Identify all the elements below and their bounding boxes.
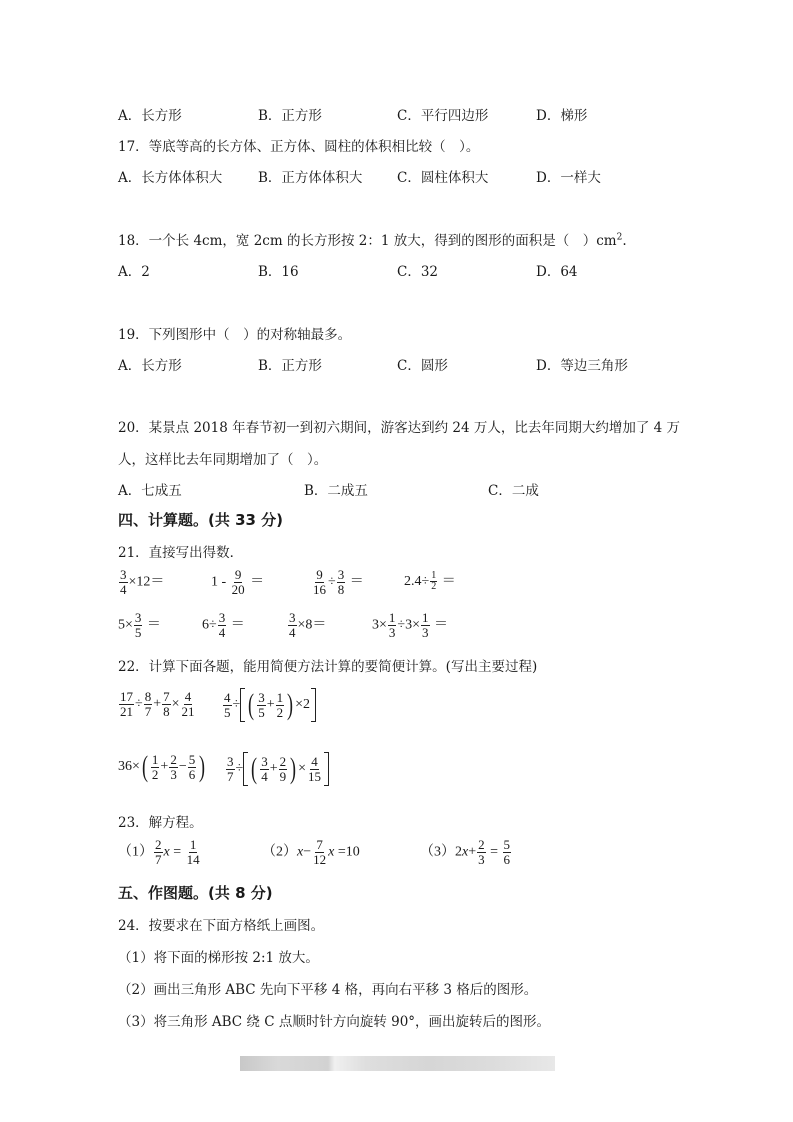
math-token: ×: [298, 761, 306, 776]
math-token: （1）: [118, 845, 153, 860]
math-token: ＝: [227, 618, 245, 633]
denominator: 3: [169, 768, 178, 782]
q17-option-a: A．长方体体积大: [118, 166, 222, 186]
numerator: 1: [189, 838, 198, 853]
math-token: ×2: [295, 697, 310, 712]
q19-stem: 19．下列图形中（ ）的对称轴最多。: [118, 323, 351, 343]
numerator: 3: [260, 755, 269, 770]
fraction: 35: [134, 611, 143, 640]
denominator: 15: [307, 770, 322, 784]
denominator: 2: [151, 768, 160, 782]
q16-option-a: A．长方形: [118, 104, 182, 124]
fraction: 35: [257, 691, 266, 720]
math-token: +: [160, 759, 168, 774]
denominator: 4: [218, 626, 227, 640]
denominator: 21: [181, 705, 196, 719]
q23-stem: 23．解方程。: [118, 811, 203, 831]
q18-option-c: C．32: [397, 260, 438, 280]
q21-item-8: 3×13÷3×13 ＝: [372, 611, 448, 640]
math-token: ＝: [346, 575, 364, 590]
q22-expression-4: 37÷(34+29)×415: [225, 752, 329, 786]
fraction: 421: [181, 690, 196, 719]
q19-option-c: C．圆形: [397, 354, 448, 374]
numerator: 2: [154, 838, 163, 853]
math-token: ÷3×: [397, 618, 420, 633]
q21-item-5: 5×35 ＝: [118, 611, 161, 640]
denominator: 3: [388, 626, 397, 640]
fraction: 87: [144, 690, 153, 719]
fraction: 45: [223, 691, 232, 720]
numerator: 8: [144, 690, 153, 705]
q17-option-d: D．一样大: [536, 166, 601, 186]
q21-item-6: 6÷34 ＝: [202, 611, 245, 640]
numerator: 3: [134, 611, 143, 626]
fraction: 23: [477, 838, 486, 867]
math-token: +: [153, 697, 161, 712]
fraction: 12: [151, 753, 160, 782]
numerator: 2: [169, 753, 178, 768]
q21-item-2: 1 - 920 ＝: [211, 568, 264, 597]
math-token: −: [179, 759, 187, 774]
right-paren: ): [287, 690, 293, 720]
numerator: 9: [234, 568, 243, 583]
math-token: ÷: [233, 697, 241, 712]
math-token: ×8＝: [298, 618, 327, 633]
denominator: 6: [188, 768, 197, 782]
q19-option-b: B．正方形: [258, 354, 322, 374]
denominator: 8: [162, 705, 171, 719]
fraction: 34: [119, 568, 128, 597]
math-token: （2）: [262, 845, 297, 860]
q16-option-c: C．平行四边形: [397, 104, 488, 124]
fraction: 78: [162, 690, 171, 719]
denominator: 7: [144, 705, 153, 719]
fraction: 415: [307, 755, 322, 784]
q19-option-a: A．长方形: [118, 354, 182, 374]
q18-option-a: A．2: [118, 260, 150, 280]
left-square-bracket: [240, 688, 245, 722]
footer-watermark: [240, 1056, 555, 1071]
right-paren: ): [290, 754, 296, 784]
numerator: 2: [279, 755, 288, 770]
denominator: 21: [119, 705, 134, 719]
q18-option-d: D．64: [536, 260, 578, 280]
section-4-title: 四、计算题。(共 33 分): [118, 509, 283, 530]
numerator: 4: [184, 690, 193, 705]
fraction: 920: [231, 568, 246, 597]
denominator: 20: [231, 583, 246, 597]
numerator: 3: [337, 568, 346, 583]
q17-stem: 17．等底等高的长方体、正方体、圆柱的体积相比较（ ）。: [118, 135, 479, 155]
math-token: +: [468, 845, 476, 860]
math-token: 2: [455, 845, 462, 860]
q21-item-4: 2.4÷12 ＝: [404, 570, 456, 592]
fraction: 12: [276, 691, 285, 720]
fraction: 29: [279, 755, 288, 784]
q19-option-d: D．等边三角形: [536, 354, 628, 374]
right-paren: ): [199, 752, 205, 782]
fraction: 34: [288, 611, 297, 640]
q21-item-1: 34×12＝: [118, 568, 164, 597]
fraction: 56: [188, 753, 197, 782]
numerator: 9: [315, 568, 324, 583]
q20-option-c: C．二成: [488, 479, 539, 499]
denominator: 14: [186, 853, 201, 867]
math-token: −: [303, 845, 311, 860]
math-token: ÷: [236, 761, 244, 776]
math-token: 3×: [372, 618, 387, 633]
denominator: 9: [279, 770, 288, 784]
right-square-bracket: [324, 752, 329, 786]
fraction: 12: [430, 571, 437, 592]
q22-stem: 22．计算下面各题，能用简便方法计算的要简便计算。(写出主要过程): [118, 655, 537, 675]
q22-expression-1: 1721÷87+78×421: [118, 690, 197, 719]
math-token: 36×: [118, 759, 140, 774]
numerator: 1: [276, 691, 285, 706]
q22-expression-2: 45÷(35+12)×2: [222, 688, 316, 722]
q18-stem-text: 18．一个长 4cm，宽 2cm 的长方形按 2：1 放大，得到的图形的面积是（…: [118, 233, 617, 249]
math-token: ＝: [247, 575, 265, 590]
math-token: （3）: [420, 845, 455, 860]
q21-item-3: 916÷38 ＝: [311, 568, 364, 597]
q16-option-d: D．梯形: [536, 104, 587, 124]
q17-option-b: B．正方体体积大: [258, 166, 362, 186]
math-token: ×12＝: [129, 575, 165, 590]
denominator: 4: [288, 626, 297, 640]
q18-stem-end: .: [622, 233, 626, 249]
q20-option-b: B．二成五: [304, 479, 368, 499]
numerator: 7: [315, 838, 324, 853]
denominator: 16: [312, 583, 327, 597]
left-paren: (: [251, 754, 257, 784]
fraction: 13: [388, 611, 397, 640]
math-token: ÷: [135, 697, 143, 712]
fraction: 34: [218, 611, 227, 640]
fraction: 38: [337, 568, 346, 597]
q24-sub-1: （1）将下面的梯形按 2:1 放大。: [118, 946, 319, 966]
q20-option-a: A．七成五: [118, 479, 182, 499]
denominator: 4: [119, 583, 128, 597]
fraction: 23: [169, 753, 178, 782]
math-token: =: [170, 845, 185, 860]
math-token: ＝: [438, 574, 456, 589]
math-token: =: [487, 845, 502, 860]
q16-option-b: B．正方形: [258, 104, 322, 124]
denominator: 8: [337, 583, 346, 597]
q18-stem: 18．一个长 4cm，宽 2cm 的长方形按 2：1 放大，得到的图形的面积是（…: [118, 229, 627, 249]
q24-sub-2: （2）画出三角形 ABC 先向下平移 4 格，再向右平移 3 格后的图形。: [118, 978, 537, 998]
denominator: 12: [312, 853, 327, 867]
numerator: 1: [388, 611, 397, 626]
math-token: 6÷: [202, 618, 217, 633]
numerator: 1: [151, 753, 160, 768]
fraction: 37: [226, 755, 235, 784]
denominator: 5: [223, 706, 232, 720]
denominator: 3: [477, 853, 486, 867]
math-token: ×: [172, 697, 180, 712]
q23-equation-3: （3）2x+23 = 56: [420, 838, 512, 867]
numerator: 3: [119, 568, 128, 583]
denominator: 7: [226, 770, 235, 784]
math-token: ÷: [328, 575, 336, 590]
q23-equation-1: （1）27x = 114: [118, 838, 202, 867]
numerator: 3: [218, 611, 227, 626]
q21-stem: 21．直接写出得数．: [118, 541, 243, 561]
q20-stem-line1: 20．某景点 2018 年春节初一到初六期间，游客达到约 24 万人，比去年同期…: [118, 416, 680, 436]
numerator: 2: [477, 838, 486, 853]
math-token: 5×: [118, 618, 133, 633]
q20-stem-line2: 人，这样比去年同期增加了（ ）。: [118, 448, 327, 468]
fraction: 1721: [119, 690, 134, 719]
q22-expression-3: 36×(12+23−56): [118, 752, 207, 782]
denominator: 5: [134, 626, 143, 640]
numerator: 3: [257, 691, 266, 706]
fraction: 114: [186, 838, 201, 867]
numerator: 7: [162, 690, 171, 705]
numerator: 5: [503, 838, 512, 853]
math-token: ＝: [431, 618, 449, 633]
numerator: 3: [288, 611, 297, 626]
numerator: 4: [310, 755, 319, 770]
math-token: 1 -: [211, 575, 230, 590]
denominator: 2: [430, 582, 437, 592]
denominator: 4: [260, 770, 269, 784]
math-token: 2.4÷: [404, 574, 429, 589]
q18-option-b: B．16: [258, 260, 299, 280]
fraction: 56: [503, 838, 512, 867]
numerator: 17: [119, 690, 134, 705]
section-5-title: 五、作图题。(共 8 分): [118, 882, 273, 903]
fraction: 916: [312, 568, 327, 597]
denominator: 5: [257, 706, 266, 720]
left-paren: (: [248, 690, 254, 720]
math-token: +: [267, 697, 275, 712]
denominator: 6: [503, 853, 512, 867]
denominator: 7: [154, 853, 163, 867]
fraction: 34: [260, 755, 269, 784]
q24-stem: 24．按要求在下面方格纸上画图。: [118, 914, 324, 934]
q17-option-c: C．圆柱体积大: [397, 166, 488, 186]
left-paren: (: [142, 752, 148, 782]
numerator: 5: [188, 753, 197, 768]
fraction: 27: [154, 838, 163, 867]
q24-sub-3: （3）将三角形 ABC 绕 C 点顺时针方向旋转 90°，画出旋转后的图形。: [118, 1010, 550, 1030]
denominator: 2: [276, 706, 285, 720]
q21-item-7: 34×8＝: [287, 611, 326, 640]
q23-equation-2: （2）x−712x =10: [262, 838, 360, 867]
denominator: 3: [421, 626, 430, 640]
right-square-bracket: [311, 688, 316, 722]
numerator: 4: [223, 691, 232, 706]
numerator: 3: [226, 755, 235, 770]
math-token: ＝: [143, 618, 161, 633]
fraction: 13: [421, 611, 430, 640]
numerator: 1: [421, 611, 430, 626]
left-square-bracket: [243, 752, 248, 786]
math-token: +: [270, 761, 278, 776]
fraction: 712: [312, 838, 327, 867]
math-token: =10: [334, 845, 359, 860]
